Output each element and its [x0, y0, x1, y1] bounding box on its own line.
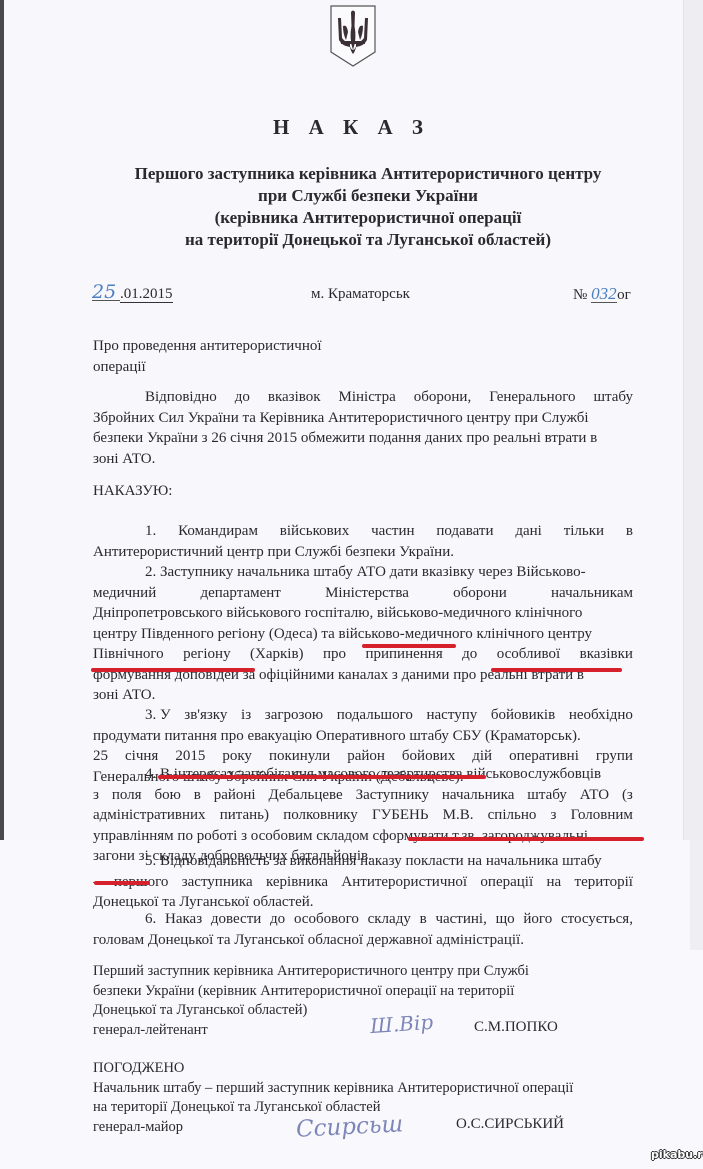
word: про	[323, 644, 346, 665]
preamble: ВідповіднодовказівокМіністраоборони,Гене…	[93, 387, 633, 469]
word: вказівки	[580, 644, 633, 665]
handwritten-number: 032	[591, 286, 617, 303]
document-title: Н А К А З	[0, 115, 703, 140]
word: регіону	[183, 644, 231, 665]
item-6: 6.Наказдовестидоособовогоскладувчастині,…	[93, 909, 633, 950]
word: подальшого	[337, 705, 413, 726]
word: із	[241, 705, 251, 726]
word: наступу	[427, 705, 478, 726]
word: департамент	[200, 583, 280, 604]
text-line: Антитерористичний центр при Службі безпе…	[93, 542, 633, 563]
word: дані	[515, 521, 541, 542]
text-line: ВідповіднодовказівокМіністраоборони,Гене…	[93, 387, 633, 408]
word: з	[93, 785, 99, 806]
signatory-line: Перший заступник керівника Антитерористи…	[93, 962, 529, 982]
highlight-underline	[91, 668, 255, 672]
word: необхідно	[569, 705, 633, 726]
text-line: зоні АТО.	[93, 685, 633, 706]
signatory-rank: генерал-лейтенант	[93, 1021, 529, 1041]
highlight-underline	[362, 644, 456, 648]
text-line: зоні АТО.	[93, 449, 633, 470]
order-word: НАКАЗУЮ:	[93, 481, 633, 502]
text-line: центру Південного регіону (Одеса) та вій…	[93, 624, 633, 645]
word: операції	[480, 872, 533, 893]
word: штабу	[593, 387, 633, 408]
signatory-block: Перший заступник керівника Антитерористи…	[93, 962, 529, 1040]
text-line: 5. Відповідальність за виконання наказу …	[93, 851, 633, 872]
text-line: Дніпропетровського військового госпіталю…	[93, 603, 633, 624]
word: питань)	[220, 805, 269, 826]
word: Заступнику	[356, 785, 429, 806]
word: 6.	[145, 909, 156, 930]
highlight-underline	[94, 881, 150, 885]
document-issuer: Першого заступника керівника Антитерорис…	[0, 163, 703, 251]
word: адміністративних	[93, 805, 206, 826]
word: подавати	[436, 521, 493, 542]
word: Головним	[571, 805, 633, 826]
word: начальника	[442, 785, 515, 806]
approver-name: О.С.СИРСЬКИЙ	[456, 1116, 564, 1133]
word: штабу	[527, 785, 567, 806]
word: вказівок	[268, 387, 321, 408]
text-line: 6.Наказдовестидоособовогоскладувчастині,…	[93, 909, 633, 930]
approval-line: Начальник штабу – перший заступник керів…	[93, 1079, 573, 1099]
text-line: зполябоюврайоніДебальцевеЗаступникуначал…	[93, 785, 633, 806]
text-line: –першогозаступникакерівникаАнтитерористи…	[93, 872, 633, 893]
word: ГУБЕНЬ	[372, 805, 429, 826]
word: Генерального	[489, 387, 575, 408]
approval-label: ПОГОДЖЕНО	[93, 1059, 573, 1079]
signatory-name: С.М.ПОПКО	[474, 1019, 558, 1036]
text-line: 2. Заступнику начальника штабу АТО дати …	[93, 562, 633, 583]
word: бойовиків	[491, 705, 555, 726]
word: особливої	[497, 644, 560, 665]
text-line: головам Донецької та Луганської обласної…	[93, 930, 633, 951]
word: Дебальцеве	[269, 785, 343, 806]
text-line: медичнийдепартаментМіністерстваоборонина…	[93, 583, 633, 604]
word: районі	[214, 785, 256, 806]
issuer-line: при Службі безпеки України	[0, 185, 703, 207]
word: бою	[154, 785, 180, 806]
text-line: 3. Узв'язкуіззагрозоюподальшогонаступубо…	[93, 705, 633, 726]
word: Міністерства	[325, 583, 409, 604]
word: в	[626, 521, 633, 542]
text-line: Збройних Сил України та Керівника Антите…	[93, 408, 633, 429]
word: території	[575, 872, 633, 893]
word: (Харків)	[250, 644, 304, 665]
text-line: 1.Командирамвійськовихчастинподаватидані…	[93, 521, 633, 542]
word: стосується,	[561, 909, 633, 930]
word: начальникам	[551, 583, 633, 604]
word: Наказ	[165, 909, 202, 930]
issuer-line: (керівника Антитерористичної операції	[0, 207, 703, 229]
word: М.В.	[443, 805, 474, 826]
word: частині,	[435, 909, 486, 930]
text-line: управлінням по роботі з особовим складом…	[93, 826, 633, 847]
item-1: 1.Командирамвійськовихчастинподаватидані…	[93, 521, 633, 562]
text-line: безпеки України з 26 січня 2015 обмежити…	[93, 428, 633, 449]
word: зв'язку	[184, 705, 227, 726]
word: в	[420, 909, 427, 930]
word: спільно	[488, 805, 537, 826]
site-watermark: pikabu.ru	[651, 1148, 703, 1161]
word: АТО	[580, 785, 609, 806]
word: Міністра	[339, 387, 396, 408]
word: тільки	[564, 521, 604, 542]
text-line: продумати питання про евакуацію Оператив…	[93, 726, 633, 747]
order-word-text: НАКАЗУЮ:	[93, 481, 633, 502]
word: загрозою	[265, 705, 323, 726]
scan-edge-right-lower	[690, 840, 703, 950]
issuer-line: на території Донецької та Луганської обл…	[0, 229, 703, 251]
word: до	[270, 909, 285, 930]
highlight-underline	[491, 668, 622, 672]
word: 3. У	[145, 705, 171, 726]
word: на	[546, 872, 561, 893]
number-sign: №	[573, 287, 587, 303]
word: до	[462, 644, 477, 665]
highlight-underline	[158, 775, 486, 779]
word: оборони	[453, 583, 507, 604]
word: Північного	[93, 644, 164, 665]
order-city: м. Краматорськ	[311, 286, 410, 303]
subject-line: операції	[93, 357, 633, 378]
printed-month-year: .01.2015	[120, 286, 173, 303]
signatory-line: безпеки України (керівник Антитерористич…	[93, 982, 529, 1002]
handwritten-day: 25	[92, 284, 120, 301]
word: до	[235, 387, 250, 408]
issuer-line: Першого заступника керівника Антитерорис…	[0, 163, 703, 185]
word: полковнику	[283, 805, 358, 826]
order-number: № 032ог	[573, 286, 631, 304]
text-line: адміністративнихпитань)полковникуГУБЕНЬМ…	[93, 805, 633, 826]
word: 1.	[145, 521, 156, 542]
word: Антитерористичної	[341, 872, 467, 893]
order-subject: Про проведення антитерористичної операці…	[93, 336, 633, 377]
word: поля	[112, 785, 142, 806]
word: з	[551, 805, 557, 826]
word: керівника	[266, 872, 328, 893]
word: особового	[294, 909, 359, 930]
word: в	[194, 785, 201, 806]
highlight-underline	[408, 837, 644, 841]
word: складу	[368, 909, 411, 930]
signature-popko: Ш.Вір	[369, 1010, 434, 1038]
word: заступника	[182, 872, 253, 893]
signatory-line: Донецької та Луганської областей)	[93, 1001, 529, 1021]
word: довести	[211, 909, 261, 930]
word: частин	[371, 521, 414, 542]
item-2: 2. Заступнику начальника штабу АТО дати …	[93, 562, 633, 706]
number-suffix: ог	[617, 287, 631, 303]
subject-line: Про проведення антитерористичної	[93, 336, 633, 357]
word: (з	[622, 785, 633, 806]
word: його	[523, 909, 552, 930]
word: оборони,	[414, 387, 471, 408]
trident-coat-of-arms-icon	[329, 4, 377, 68]
word: військових	[280, 521, 349, 542]
word: Командирам	[178, 521, 258, 542]
word: що	[496, 909, 515, 930]
word: медичний	[93, 583, 156, 604]
order-date: 25.01.2015	[92, 284, 173, 303]
item-5: 5. Відповідальність за виконання наказу …	[93, 851, 633, 913]
word: Відповідно	[145, 387, 217, 408]
